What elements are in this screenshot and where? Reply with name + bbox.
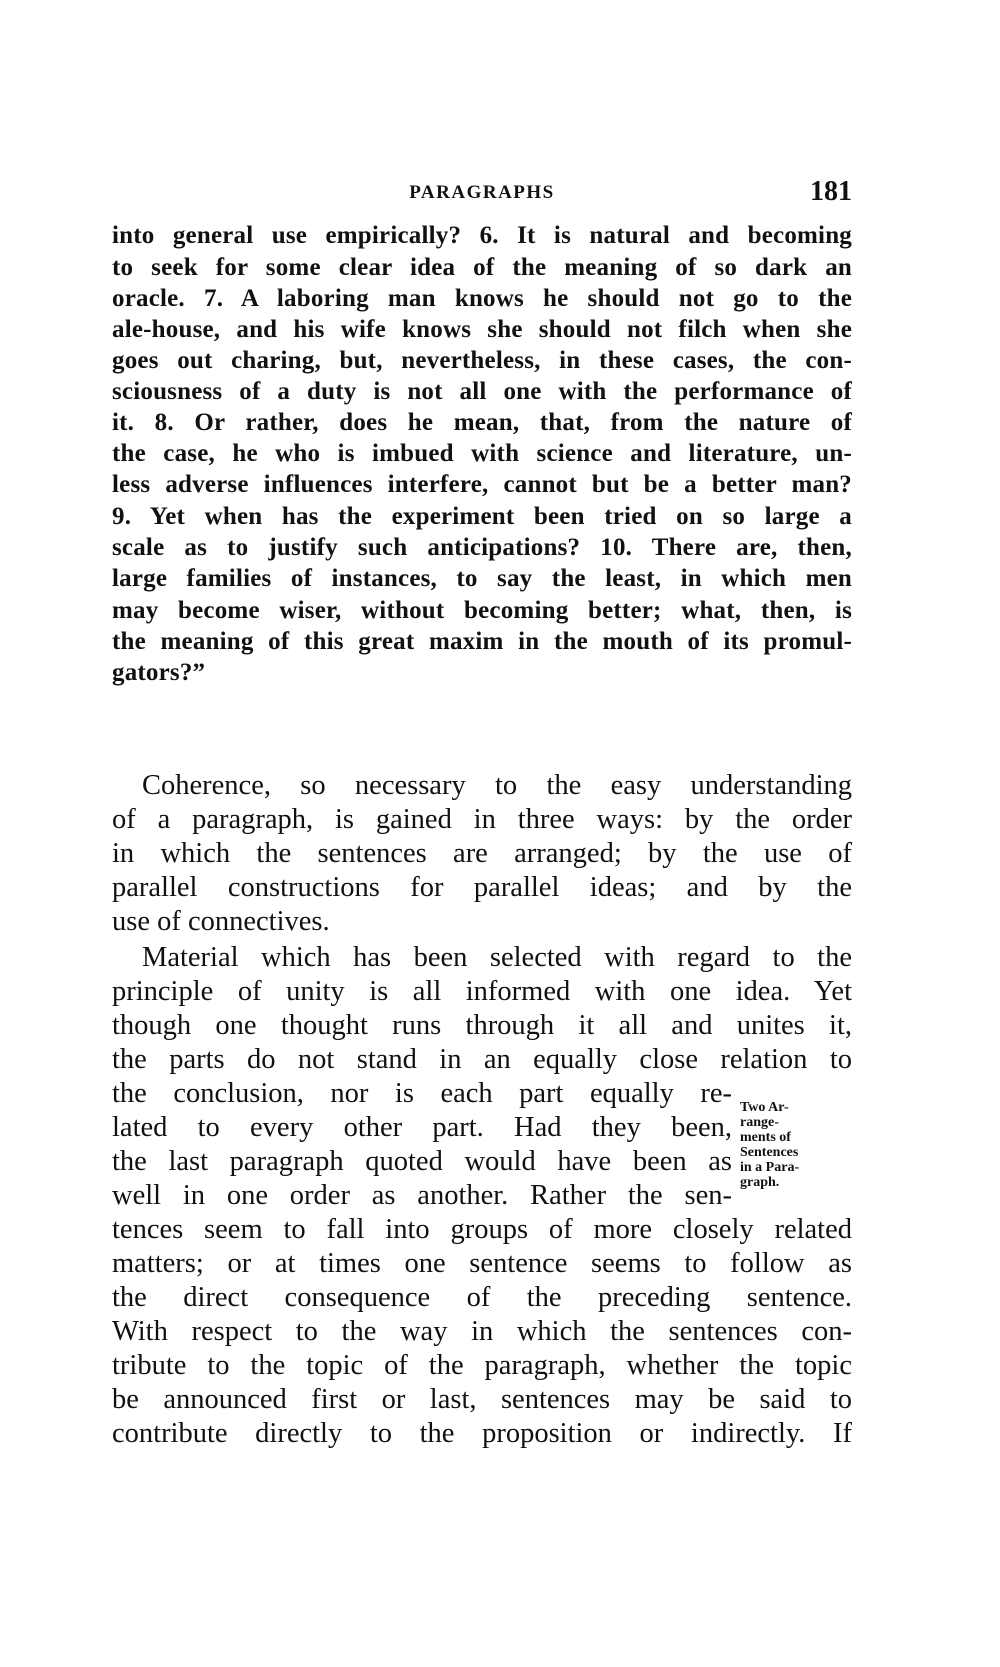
margin-note-line: graph.: [740, 1175, 860, 1190]
text-line: scale as to justify such anticipations? …: [112, 534, 852, 566]
text-line: principle of unity is all informed with …: [112, 976, 852, 1010]
text-line: the meaning of this great maxim in the m…: [112, 628, 852, 660]
text-line: in which the sentences are arranged; by …: [112, 838, 852, 872]
margin-note-line: Sentences: [740, 1145, 860, 1160]
margin-note-line: Two Ar-: [740, 1100, 860, 1115]
text-line: With respect to the way in which the sen…: [112, 1316, 852, 1350]
text-line: 9. Yet when has the experiment been trie…: [112, 503, 852, 535]
text-line: matters; or at times one sentence seems …: [112, 1248, 852, 1282]
text-line: lated to every other part. Had they been…: [112, 1112, 732, 1146]
margin-note: Two Ar- range- ments of Sentences in a P…: [740, 1100, 860, 1190]
text-line: parallel constructions for parallel idea…: [112, 872, 852, 906]
text-line: Material which has been selected with re…: [142, 942, 852, 976]
text-line: it. 8. Or rather, does he mean, that, fr…: [112, 409, 852, 441]
book-page: PARAGRAPHS 181 into general use empirica…: [0, 0, 1000, 1667]
text-line: the case, he who is imbued with science …: [112, 440, 852, 472]
margin-note-line: range-: [740, 1115, 860, 1130]
margin-note-line: in a Para-: [740, 1160, 860, 1175]
text-line: the last paragraph quoted would have bee…: [112, 1146, 732, 1180]
text-line: ale-house, and his wife knows she should…: [112, 316, 852, 348]
page-number: 181: [810, 176, 852, 208]
text-line: less adverse influences interfere, canno…: [112, 471, 852, 503]
running-head: PARAGRAPHS: [112, 182, 852, 204]
text-line: though one thought runs through it all a…: [112, 1010, 852, 1044]
text-line: sciousness of a duty is not all one with…: [112, 378, 852, 410]
text-line: the conclusion, nor is each part equally…: [112, 1078, 732, 1112]
text-line: Coherence, so necessary to the easy unde…: [142, 770, 852, 804]
text-line: the direct consequence of the preceding …: [112, 1282, 852, 1316]
text-line: into general use empirically? 6. It is n…: [112, 222, 852, 254]
text-line: well in one order as another. Rather the…: [112, 1180, 732, 1214]
margin-note-line: ments of: [740, 1130, 860, 1145]
text-line: of a paragraph, is gained in three ways:…: [112, 804, 852, 838]
text-line: use of connectives.: [112, 906, 852, 940]
text-line: to seek for some clear idea of the meani…: [112, 254, 852, 286]
text-line: tences seem to fall into groups of more …: [112, 1214, 852, 1248]
page-header: PARAGRAPHS 181: [112, 180, 852, 210]
text-line: be announced first or last, sentences ma…: [112, 1384, 852, 1418]
text-line: goes out charing, but, nevertheless, in …: [112, 347, 852, 379]
text-line: may become wiser, without becoming bette…: [112, 597, 852, 629]
text-line: large families of instances, to say the …: [112, 565, 852, 597]
text-line: contribute directly to the proposition o…: [112, 1418, 852, 1452]
text-line: the parts do not stand in an equally clo…: [112, 1044, 852, 1078]
text-line: tribute to the topic of the paragraph, w…: [112, 1350, 852, 1384]
text-line: oracle. 7. A laboring man knows he shoul…: [112, 285, 852, 317]
text-line: gators?”: [112, 659, 852, 691]
